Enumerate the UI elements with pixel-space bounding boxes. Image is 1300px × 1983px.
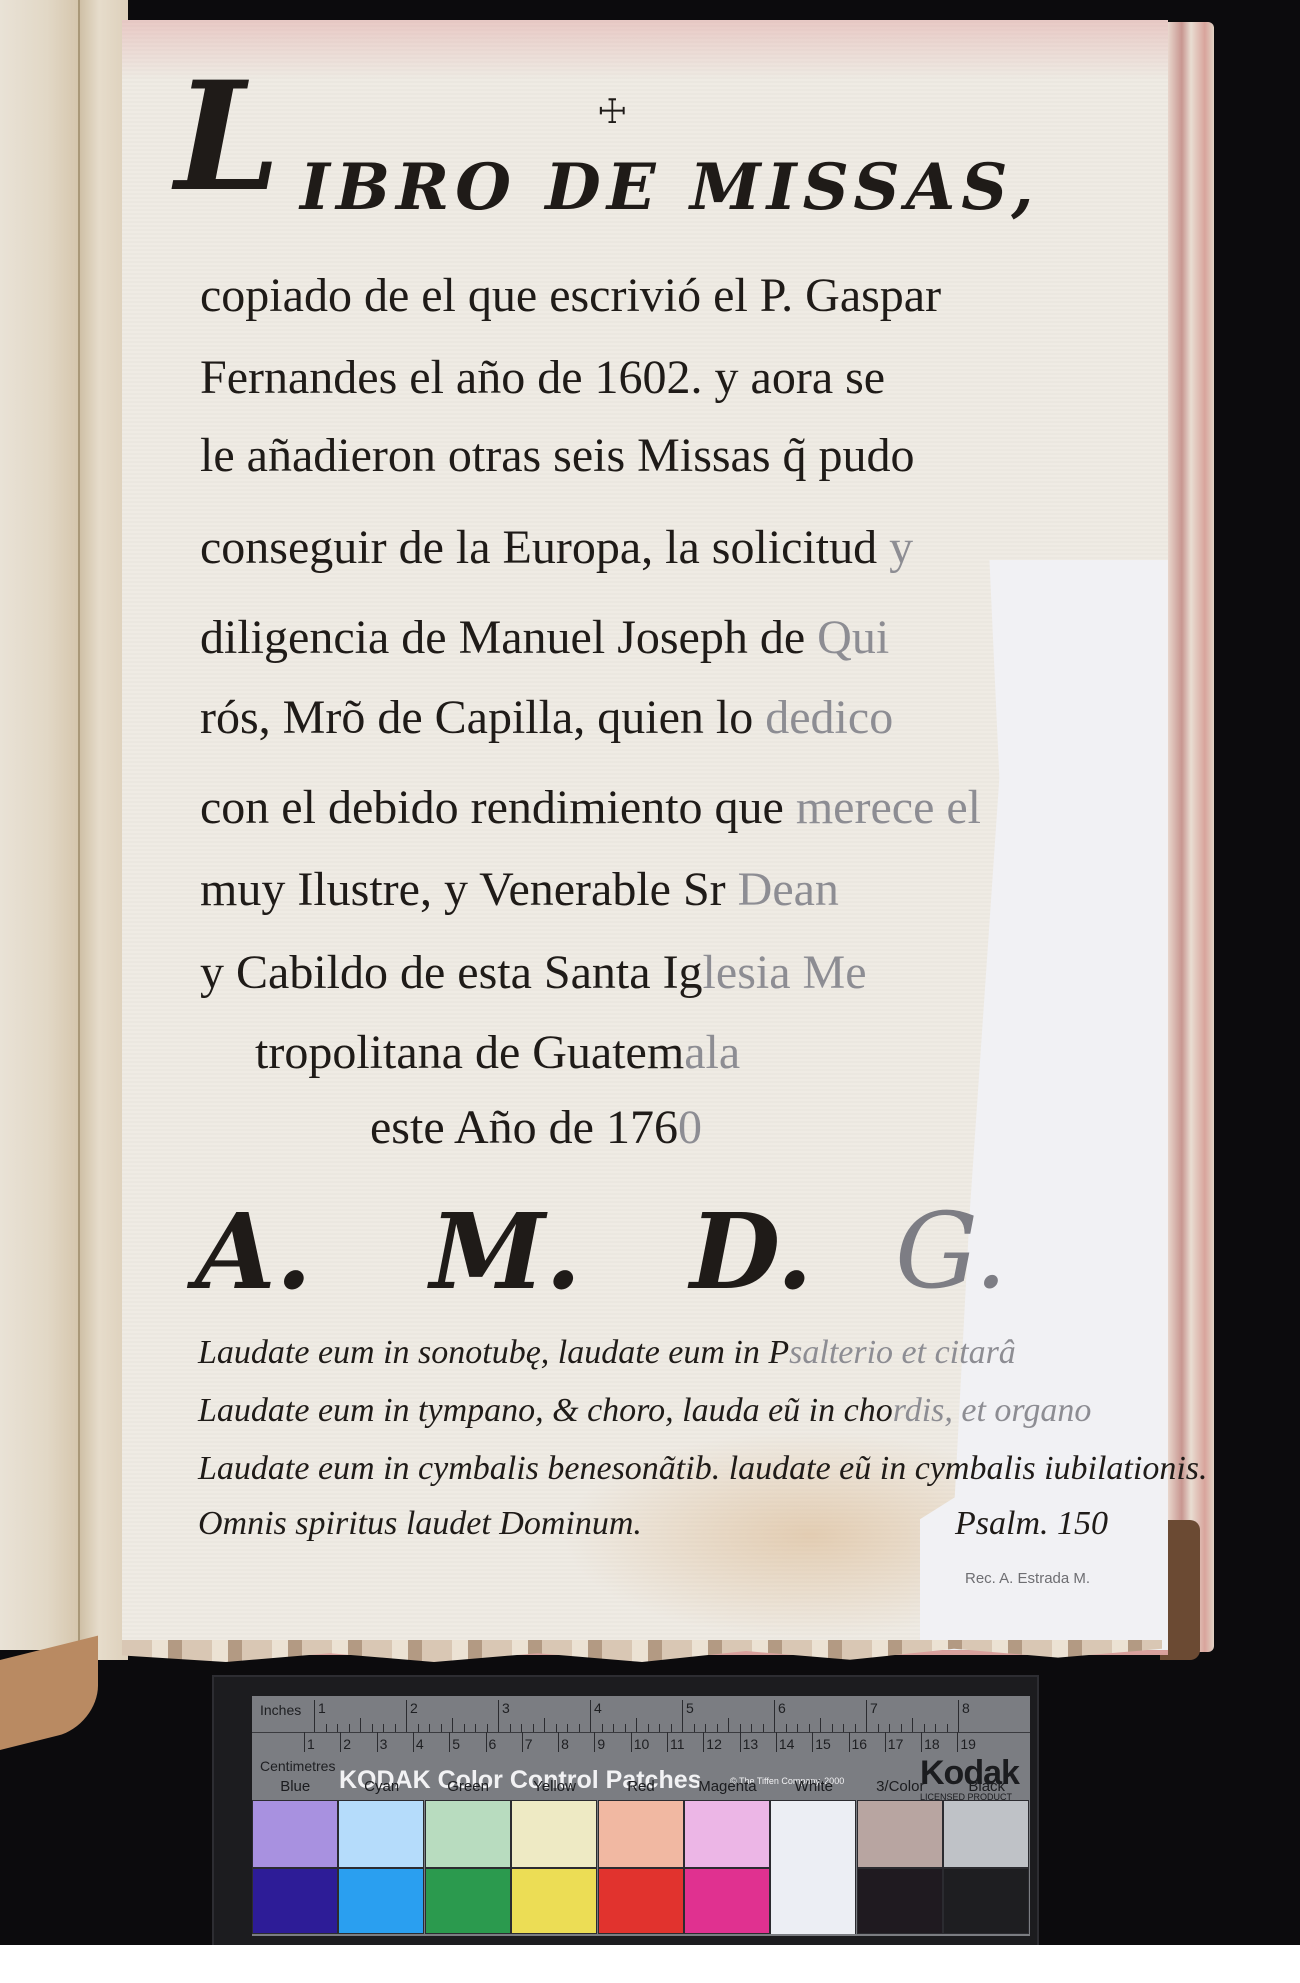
inch-number: 5 (686, 1700, 694, 1716)
color-patch-dark (598, 1868, 684, 1934)
ruler-tick (694, 1724, 695, 1732)
text-line: diligencia de Manuel Joseph de Qui (200, 610, 889, 665)
ruler-tick (395, 1724, 396, 1732)
ruler-tick (820, 1718, 821, 1732)
cm-number: 9 (597, 1736, 605, 1752)
amdg-letter-g: G. (895, 1190, 1007, 1312)
color-patch-light (425, 1800, 511, 1868)
ruler-tick (809, 1724, 810, 1732)
ruler-tick (558, 1732, 559, 1752)
ruler-tick (843, 1724, 844, 1732)
cm-number: 8 (561, 1736, 569, 1752)
cm-number: 14 (779, 1736, 795, 1752)
patch-label: Black (944, 1778, 1030, 1800)
cm-number: 13 (743, 1736, 759, 1752)
cm-number: 17 (888, 1736, 904, 1752)
ruler-tick (340, 1732, 341, 1752)
cm-number: 19 (960, 1736, 976, 1752)
patch-label: Yellow (511, 1778, 597, 1800)
ruler-tick (832, 1724, 833, 1732)
ruler-tick (797, 1724, 798, 1732)
ruler-tick (487, 1724, 488, 1732)
color-patch-dark (338, 1868, 424, 1934)
text-line: rós, Mrõ de Capilla, quien lo dedico (200, 690, 893, 745)
ruler-tick (636, 1718, 637, 1732)
ruler-tick (812, 1732, 813, 1752)
inch-number: 3 (502, 1700, 510, 1716)
page-stack-edge (1168, 22, 1214, 1652)
ruler-tick (304, 1732, 305, 1752)
psalm-reference: Psalm. 150 (955, 1505, 1108, 1543)
ruler-tick (958, 1700, 959, 1732)
patch-label: Cyan (338, 1778, 424, 1800)
color-patch-light (857, 1800, 943, 1868)
ruler-tick (786, 1724, 787, 1732)
inch-number: 8 (962, 1700, 970, 1716)
cross-symbol: ☩ (597, 92, 627, 132)
color-patch-light (770, 1800, 856, 1934)
ruler-tick (486, 1732, 487, 1752)
ruler-tick (878, 1724, 879, 1732)
color-patch-dark (511, 1868, 597, 1934)
ruler-tick (866, 1700, 867, 1732)
ruler-tick (740, 1732, 741, 1752)
centimetres-label: Centimetres (260, 1758, 335, 1774)
color-patch-light (943, 1800, 1029, 1868)
color-patch-light (338, 1800, 424, 1868)
ruler-tick (855, 1724, 856, 1732)
ruler-tick (377, 1732, 378, 1752)
ruler-tick (464, 1724, 465, 1732)
psalm-line: Laudate eum in tympano, & choro, lauda e… (198, 1392, 1091, 1430)
ruler-tick (705, 1724, 706, 1732)
patch-label: Red (598, 1778, 684, 1800)
ruler-tick (498, 1700, 499, 1732)
ruler-tick (406, 1700, 407, 1732)
kodak-color-card: Inches 12345678 123456789101112131415161… (252, 1696, 1030, 1936)
ruler-tick (383, 1724, 384, 1732)
cm-number: 6 (489, 1736, 497, 1752)
color-patch-light (598, 1800, 684, 1868)
ruler-tick (521, 1724, 522, 1732)
text-line: copiado de el que escrivió el P. Gaspar (200, 268, 941, 323)
cm-number: 5 (452, 1736, 460, 1752)
amdg-letter-a: A. (195, 1190, 312, 1313)
inch-ruler: Inches 12345678 (252, 1696, 1030, 1733)
text-line: conseguir de la Europa, la solicitud y (200, 520, 913, 575)
amdg-letter-d: D. (690, 1190, 813, 1313)
ruler-tick (957, 1732, 958, 1752)
book-binding (0, 0, 78, 1650)
ruler-tick (901, 1724, 902, 1732)
psalm-line: Laudate eum in sonotubę, laudate eum in … (198, 1334, 1016, 1372)
cm-number: 12 (706, 1736, 722, 1752)
color-patch-dark (252, 1868, 338, 1934)
text-line: este Año de 1760 (370, 1100, 702, 1155)
patch-label: White (771, 1778, 857, 1800)
ruler-tick (533, 1724, 534, 1732)
ruler-tick (631, 1732, 632, 1752)
cm-number: 2 (343, 1736, 351, 1752)
ruler-tick (510, 1724, 511, 1732)
ruler-tick (774, 1700, 775, 1732)
ruler-tick (717, 1724, 718, 1732)
ruler-tick (418, 1724, 419, 1732)
ruler-tick (613, 1724, 614, 1732)
cm-number: 18 (924, 1736, 940, 1752)
ruler-tick (659, 1724, 660, 1732)
book-gutter (78, 0, 128, 1660)
color-patch-dark (684, 1868, 770, 1934)
ruler-tick (776, 1732, 777, 1752)
inch-number: 7 (870, 1700, 878, 1716)
ruler-tick (475, 1724, 476, 1732)
amdg-letter-m: M. (430, 1190, 581, 1313)
ruler-tick (452, 1718, 453, 1732)
inch-number: 6 (778, 1700, 786, 1716)
cm-number: 3 (380, 1736, 388, 1752)
color-patch-light (684, 1800, 770, 1868)
ruler-tick (935, 1724, 936, 1732)
ruler-tick (889, 1724, 890, 1732)
ruler-tick (413, 1732, 414, 1752)
ruler-tick (349, 1724, 350, 1732)
ruler-tick (751, 1724, 752, 1732)
torn-page-edge (122, 1640, 1162, 1662)
cm-number: 7 (525, 1736, 533, 1752)
ruler-tick (314, 1700, 315, 1732)
text-line: tropolitana de Guatemala (255, 1025, 740, 1080)
ruler-tick (924, 1724, 925, 1732)
ruler-tick (648, 1724, 649, 1732)
ruler-tick (728, 1718, 729, 1732)
ruler-tick (522, 1732, 523, 1752)
color-patch-dark (857, 1868, 943, 1934)
ruler-tick (326, 1724, 327, 1732)
photograph-scene: ☩ L IBRO DE MISSAS, copiado de el que es… (0, 0, 1300, 1945)
text-line: muy Ilustre, y Venerable Sr Dean (200, 862, 839, 917)
color-patch-dark (943, 1868, 1029, 1934)
ruler-tick (671, 1724, 672, 1732)
patch-label: Green (425, 1778, 511, 1800)
cm-number: 10 (634, 1736, 650, 1752)
ruler-tick (544, 1718, 545, 1732)
color-patch-dark (425, 1868, 511, 1934)
color-patch-light (252, 1800, 338, 1868)
cm-number: 11 (670, 1736, 685, 1752)
text-line: con el debido rendimiento que merece el (200, 780, 981, 835)
ruler-tick (703, 1732, 704, 1752)
inch-number: 2 (410, 1700, 418, 1716)
psalm-line: Laudate eum in cymbalis benesonãtib. lau… (198, 1450, 1208, 1488)
cm-number: 15 (815, 1736, 831, 1752)
ruler-tick (556, 1724, 557, 1732)
ruler-tick (449, 1732, 450, 1752)
psalm-line: Omnis spiritus laudet Dominum. (198, 1505, 642, 1543)
ruler-tick (667, 1732, 668, 1752)
ruler-tick (885, 1732, 886, 1752)
patch-labels: BlueCyanGreenYellowRedMagentaWhite3/Colo… (252, 1778, 1030, 1800)
ruler-tick (625, 1724, 626, 1732)
ruler-tick (912, 1718, 913, 1732)
ruler-tick (441, 1724, 442, 1732)
cm-number: 4 (416, 1736, 424, 1752)
cm-number: 1 (307, 1736, 315, 1752)
cm-number: 16 (852, 1736, 868, 1752)
patch-label: Magenta (684, 1778, 770, 1800)
ruler-tick (682, 1700, 683, 1732)
ruler-tick (594, 1732, 595, 1752)
ruler-tick (849, 1732, 850, 1752)
drop-cap: L (175, 62, 280, 212)
ruler-tick (337, 1724, 338, 1732)
ruler-tick (590, 1700, 591, 1732)
text-line: y Cabildo de esta Santa Iglesia Me (200, 945, 867, 1000)
inch-number: 4 (594, 1700, 602, 1716)
ruler-tick (763, 1724, 764, 1732)
inches-label: Inches (260, 1702, 301, 1718)
ruler-tick (947, 1724, 948, 1732)
centimetre-ruler: 12345678910111213141516171819 (252, 1732, 1030, 1768)
color-patch-light (511, 1800, 597, 1868)
ruler-tick (921, 1732, 922, 1752)
ruler-tick (740, 1724, 741, 1732)
page-title: IBRO DE MISSAS, (300, 150, 1040, 225)
patch-label: 3/Color (857, 1778, 943, 1800)
restorer-note: Rec. A. Estrada M. (965, 1570, 1090, 1587)
text-line: le añadieron otras seis Missas q̃ pudo (200, 428, 915, 483)
leather-cover-corner (0, 1636, 98, 1750)
inch-number: 1 (318, 1700, 326, 1716)
ruler-tick (372, 1724, 373, 1732)
ruler-tick (429, 1724, 430, 1732)
ruler-tick (360, 1718, 361, 1732)
ruler-tick (567, 1724, 568, 1732)
ruler-tick (602, 1724, 603, 1732)
patch-label: Blue (252, 1778, 338, 1800)
ruler-tick (579, 1724, 580, 1732)
text-line: Fernandes el año de 1602. y aora se (200, 350, 885, 405)
